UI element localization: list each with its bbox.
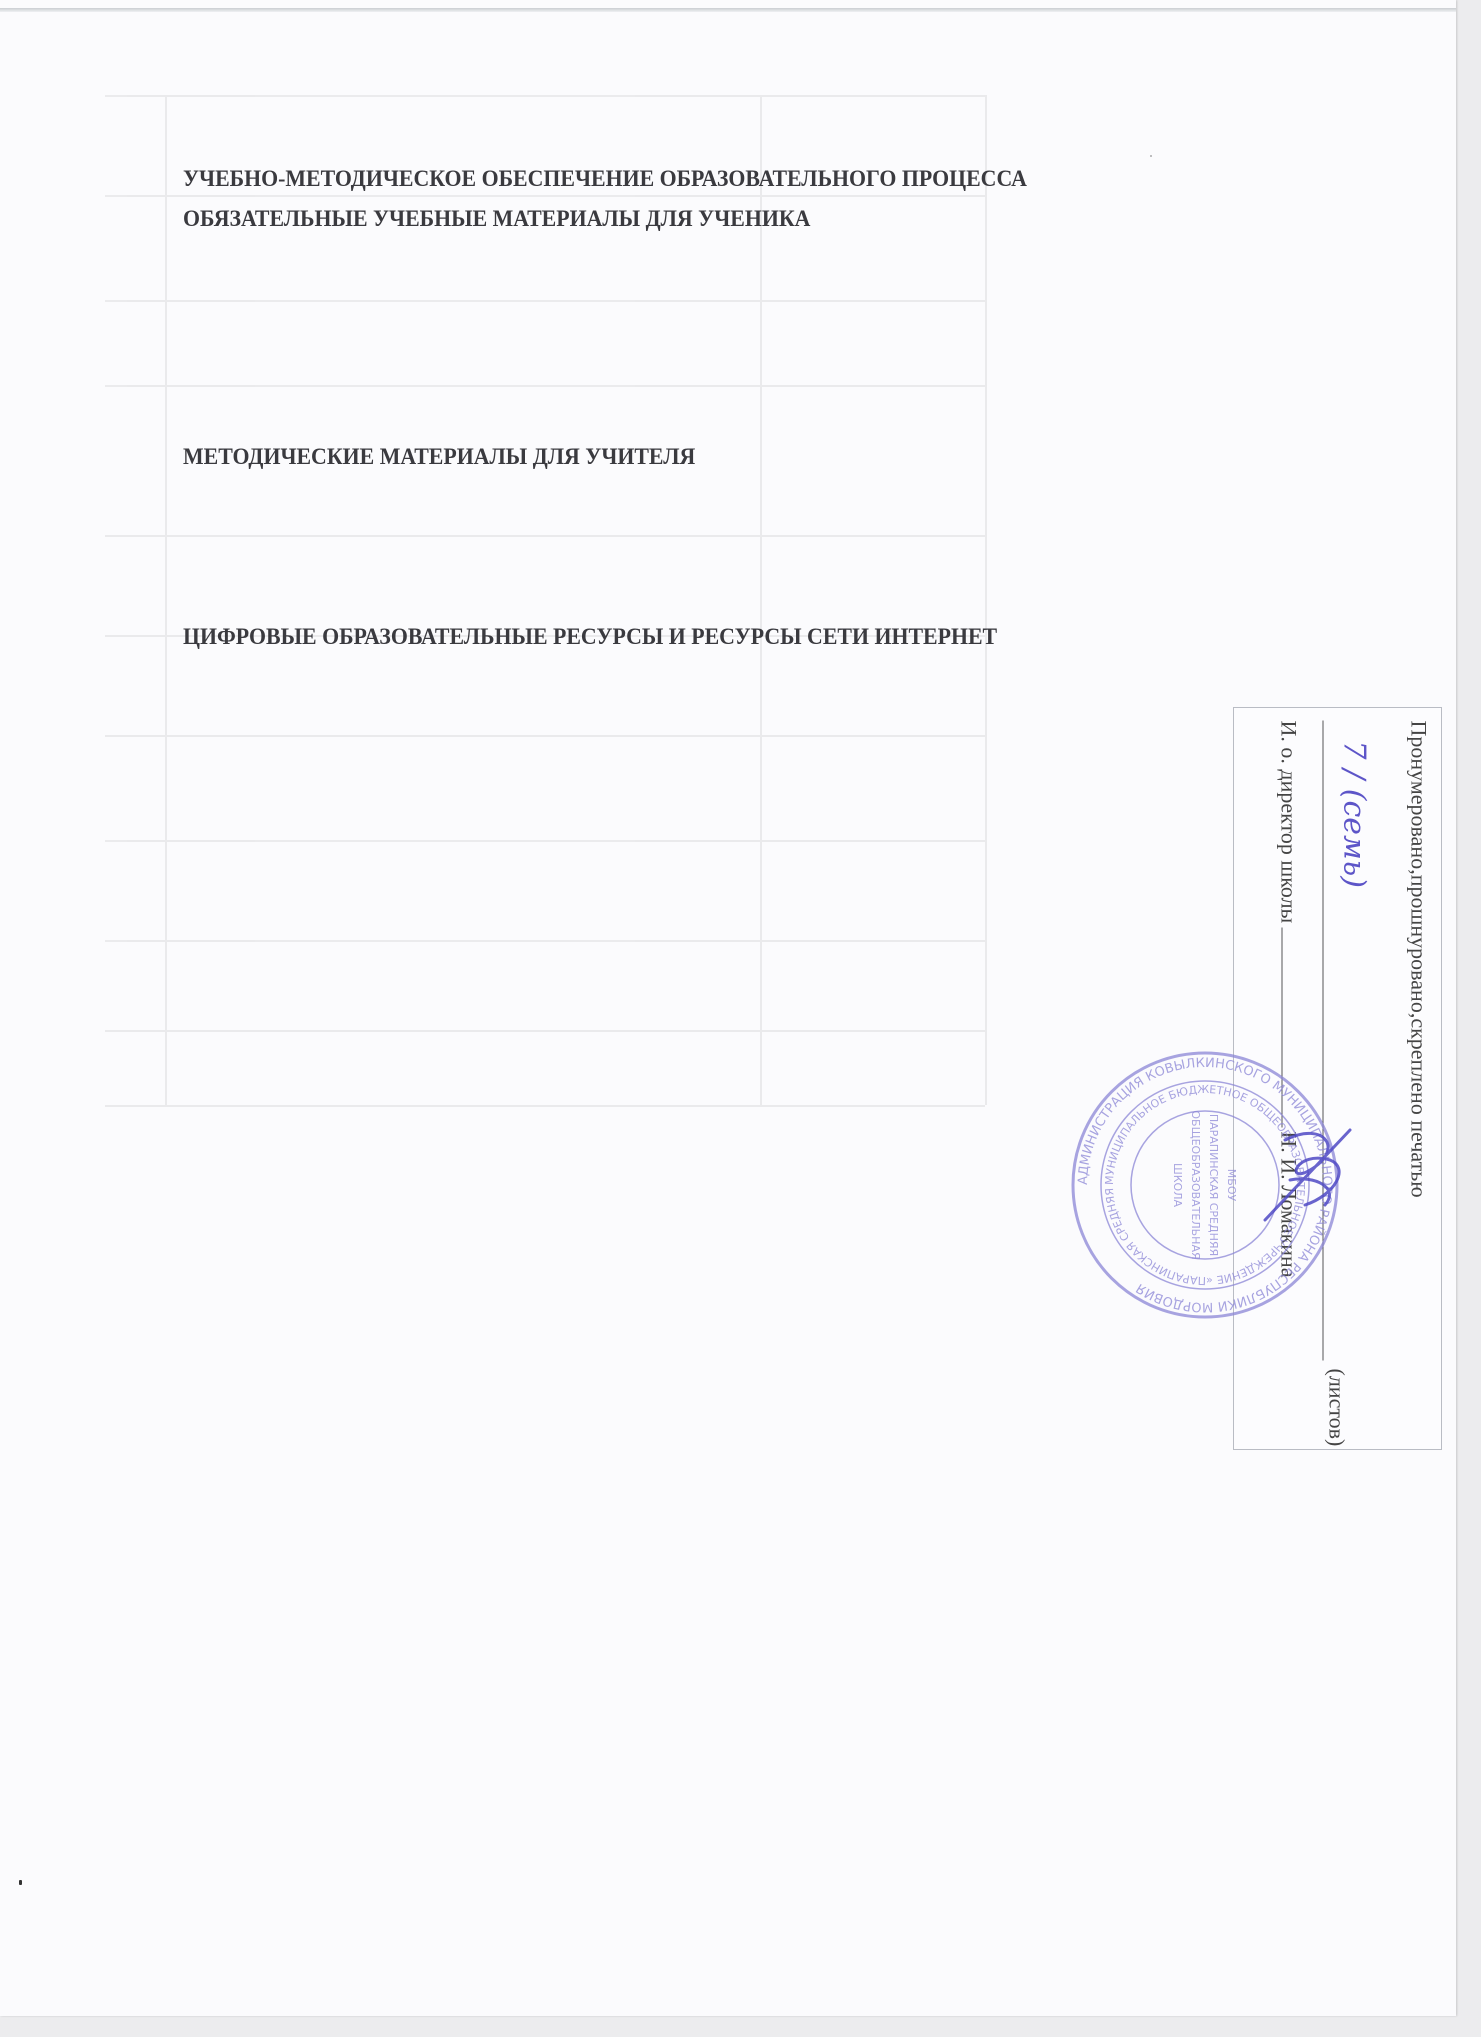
handwritten-sheet-count: 7 / (семь) <box>1336 740 1371 887</box>
scan-dust <box>19 1880 22 1885</box>
show-through-table <box>105 95 985 1105</box>
scan-dust <box>1150 155 1152 157</box>
label-numbered-laced-sealed: Пронумеровано,прошнуровано,скреплено печ… <box>1405 720 1431 1197</box>
section-heading-teaching-support: УЧЕБНО-МЕТОДИЧЕСКОЕ ОБЕСПЕЧЕНИЕ ОБРАЗОВА… <box>183 166 1027 193</box>
section-heading-teacher-materials: МЕТОДИЧЕСКИЕ МАТЕРИАЛЫ ДЛЯ УЧИТЕЛЯ <box>183 444 695 471</box>
paper-top-edge <box>0 8 1456 12</box>
section-heading-student-materials: ОБЯЗАТЕЛЬНЫЕ УЧЕБНЫЕ МАТЕРИАЛЫ ДЛЯ УЧЕНИ… <box>183 206 810 233</box>
svg-text:ОБЩЕОБРАЗОВАТЕЛЬНАЯ: ОБЩЕОБРАЗОВАТЕЛЬНАЯ <box>1189 1110 1202 1259</box>
label-sheet-count-line: 7 / (семь) (листов) <box>1322 720 1371 1360</box>
label-position: И. о. директор школы <box>1276 720 1301 923</box>
certification-label: Пронумеровано,прошнуровано,скреплено печ… <box>1233 707 1442 1450</box>
svg-text:ПАРАПИНСКАЯ СРЕДНЯЯ: ПАРАПИНСКАЯ СРЕДНЯЯ <box>1207 1114 1220 1256</box>
scanned-page: УЧЕБНО-МЕТОДИЧЕСКОЕ ОБЕСПЕЧЕНИЕ ОБРАЗОВА… <box>0 0 1456 2016</box>
label-signatory-name: Н. И. Ломакина <box>1276 1131 1301 1277</box>
label-signatory-line: И. о. директор школыН. И. Ломакина <box>1275 720 1301 1277</box>
signature-blank <box>1281 927 1300 1127</box>
svg-text:ШКОЛА: ШКОЛА <box>1171 1163 1184 1208</box>
label-sheets-suffix: (листов) <box>1323 1368 1349 1446</box>
section-heading-digital-resources: ЦИФРОВЫЕ ОБРАЗОВАТЕЛЬНЫЕ РЕСУРСЫ И РЕСУР… <box>183 624 997 651</box>
certification-label-text: Пронумеровано,прошнуровано,скреплено печ… <box>1234 708 1441 1449</box>
